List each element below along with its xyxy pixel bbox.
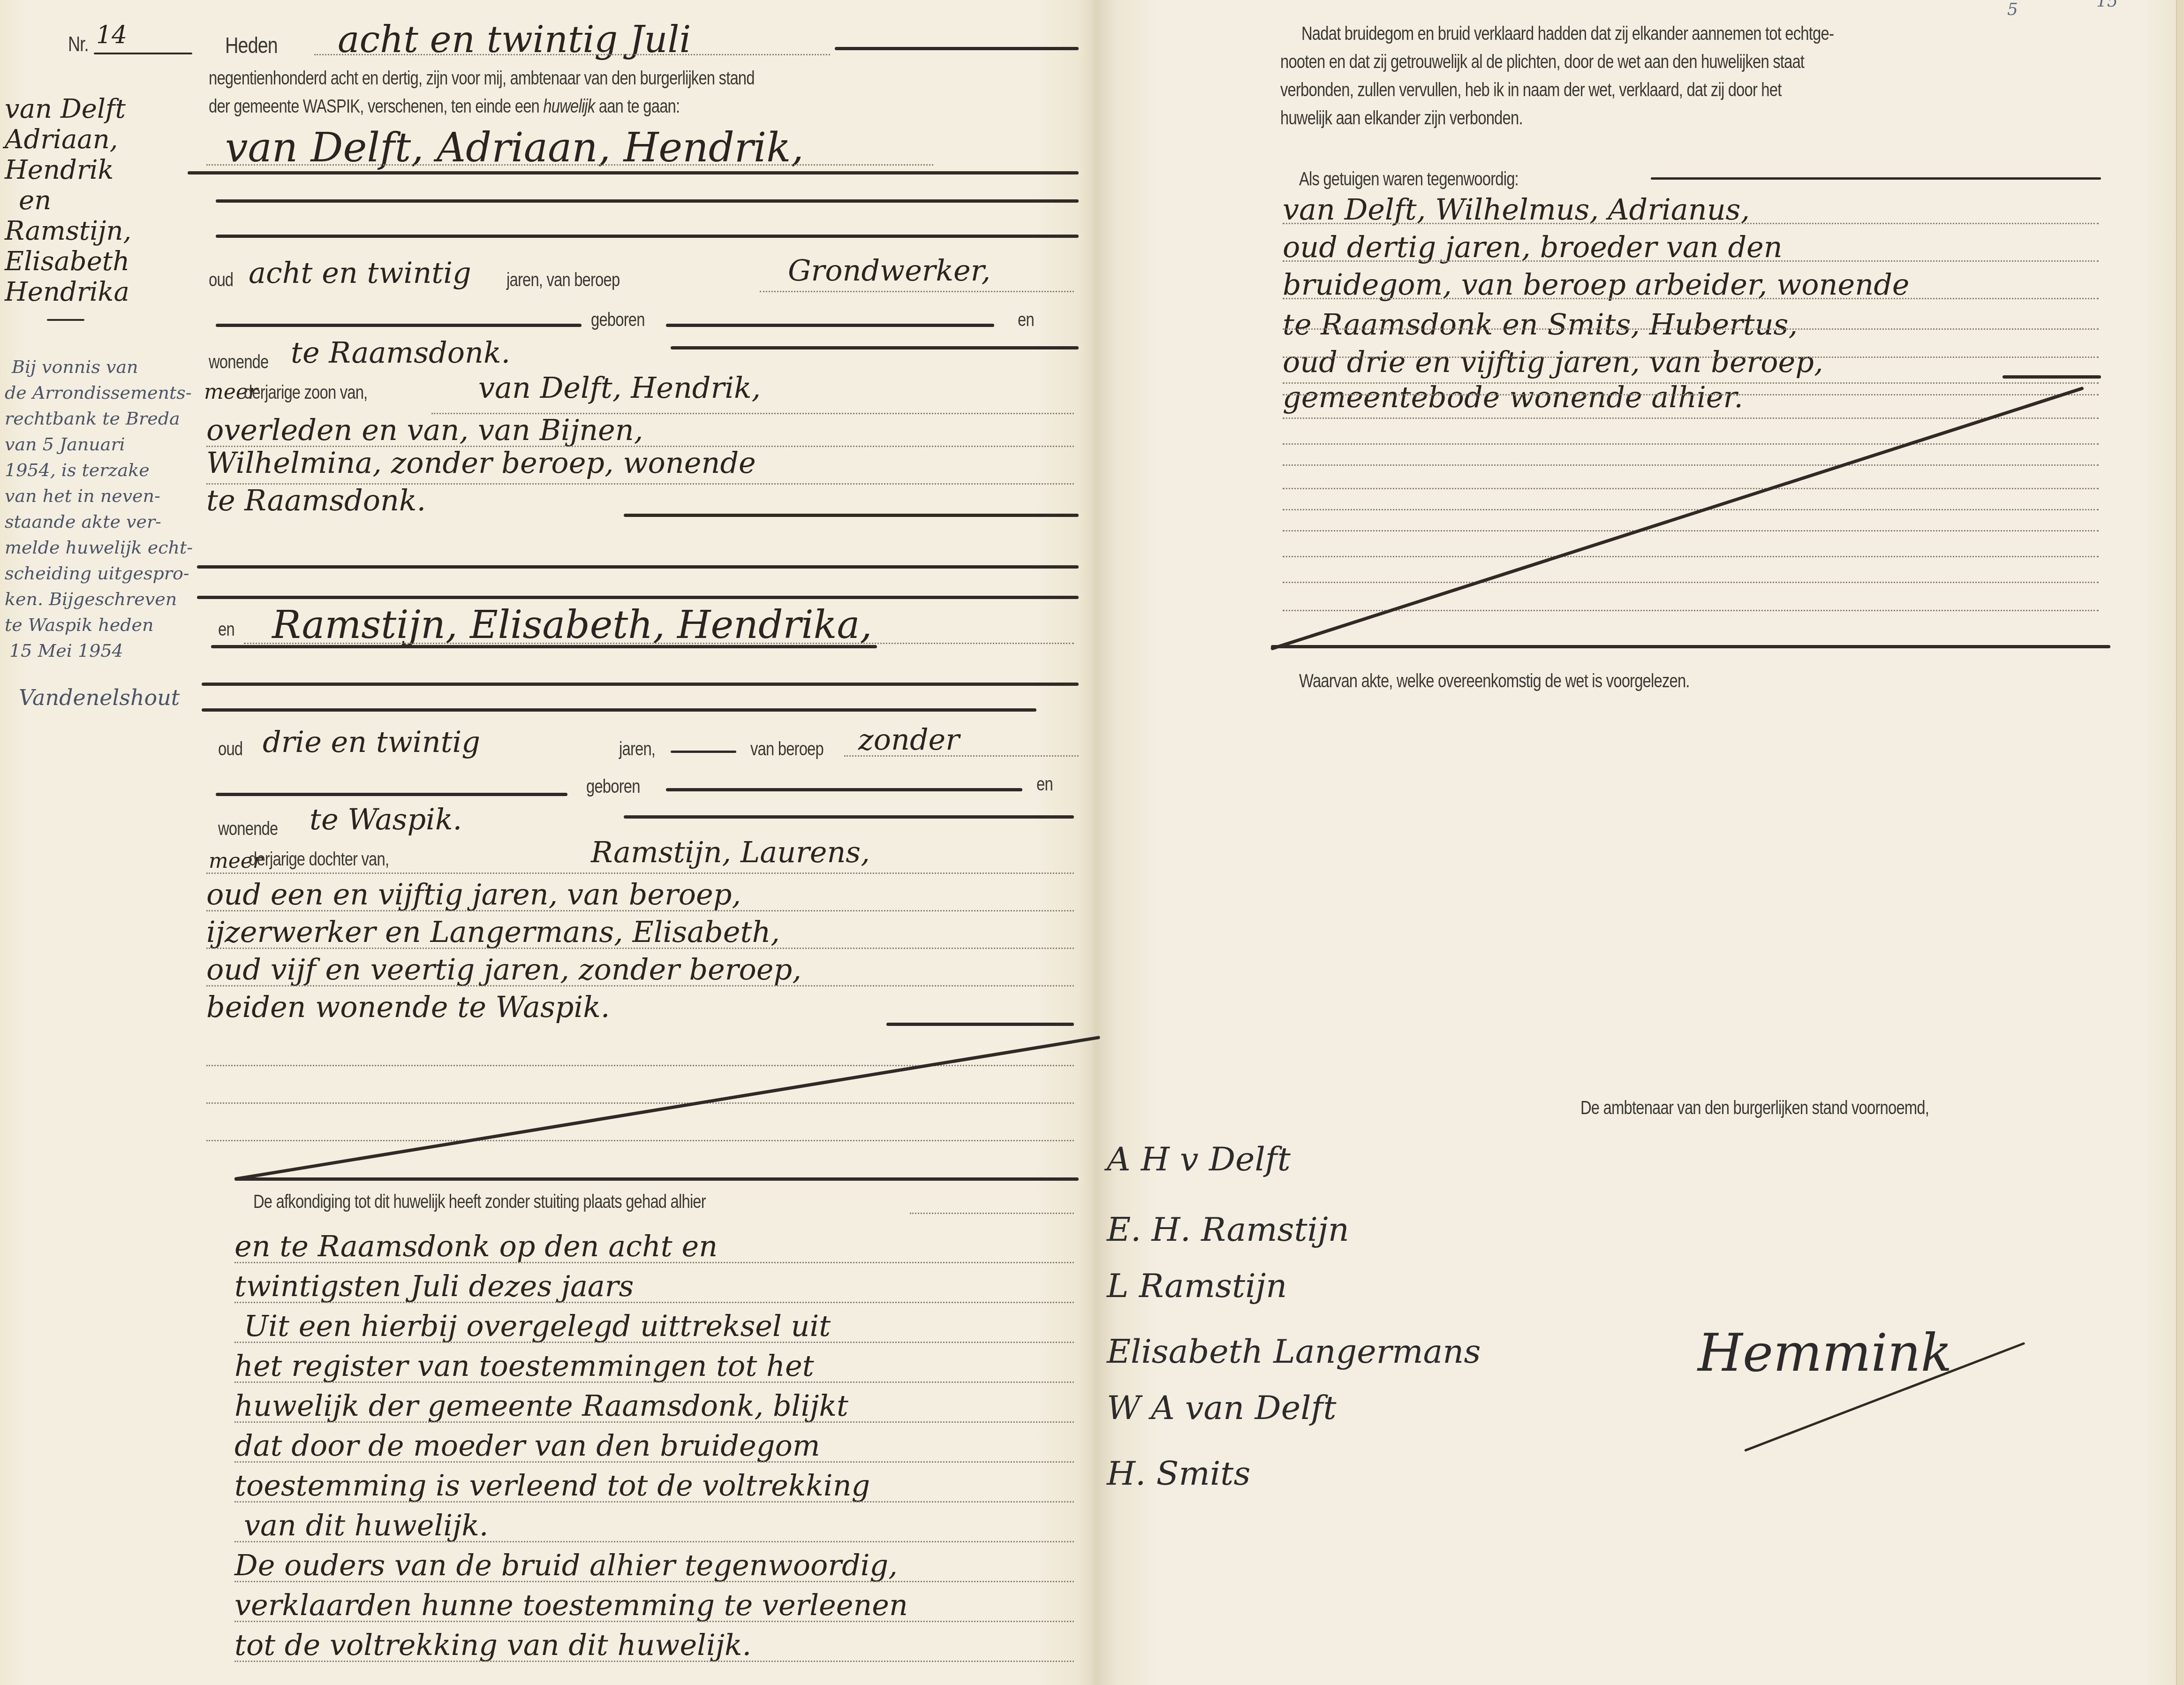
afkondiging-line-10: verklaarden hunne toestemming te verleen…	[234, 1588, 908, 1622]
signature-witness-1: W A van Delft	[1107, 1389, 1337, 1427]
bride-residence: te Waspik.	[310, 802, 462, 836]
margin-name-4: en	[19, 185, 51, 216]
bride-age-label: oud	[218, 739, 242, 760]
groom-age: acht en twintig	[249, 256, 471, 290]
bride-beroep-label: van beroep	[750, 739, 824, 760]
groom-occupation: Grondwerker,	[788, 253, 990, 288]
groom-parent-line-4: te Raamsdonk.	[206, 483, 426, 517]
margin-name-2: Adriaan,	[5, 124, 118, 155]
margin-note-line-4: van 5 Januari	[5, 434, 125, 455]
margin-name-1: van Delft	[5, 94, 126, 124]
margin-note-line-1: Bij vonnis van	[12, 357, 138, 377]
margin-registrar-signature: Vandenelshout	[19, 685, 180, 710]
groom-en-label: en	[1018, 310, 1034, 331]
afkondiging-line-1: en te Raamsdonk op den acht en	[234, 1229, 718, 1263]
waarvan-akte-text: Waarvan akte, welke overeenkomstig de we…	[1299, 671, 1690, 692]
afkondiging-label: De afkondiging tot dit huwelijk heeft zo…	[253, 1192, 706, 1213]
margin-name-3: Hendrik	[5, 155, 114, 185]
witness-line-2: oud dertig jaren, broeder van den	[1283, 230, 1783, 264]
witness-line-3: bruidegom, van beroep arbeider, wonende	[1283, 267, 1910, 302]
bride-parent-line-1: Ramstijn, Laurens,	[591, 835, 870, 869]
groom-residence: te Raamsdonk.	[291, 335, 510, 370]
bride-parent-line-5: beiden wonende te Waspik.	[206, 990, 610, 1024]
bride-daughter-label: derjarige dochter van,	[249, 849, 389, 870]
bride-born-label: geboren	[586, 776, 640, 797]
bride-occupation: zonder	[858, 722, 960, 757]
bride-age: drie en twintig	[263, 725, 480, 759]
signature-bride: E. H. Ramstijn	[1107, 1210, 1349, 1249]
bride-parent-line-3: ijzerwerker en Langermans, Elisabeth,	[206, 915, 780, 949]
afkondiging-line-7: toestemming is verleend tot de voltrekki…	[234, 1468, 870, 1503]
signature-bride-mother: Elisabeth Langermans	[1107, 1332, 1481, 1371]
margin-name-6: Elisabeth	[5, 246, 129, 277]
bride-en-label: en	[218, 619, 234, 640]
witness-line-1: van Delft, Wilhelmus, Adrianus,	[1283, 192, 1750, 227]
groom-parent-line-3: Wilhelmina, zonder beroep, wonende	[206, 446, 756, 480]
heden-label: Heden	[225, 33, 278, 59]
witnesses-label: Als getuigen waren tegenwoordig:	[1299, 169, 1519, 190]
witness-line-5: oud drie en vijftig jaren, van beroep,	[1283, 345, 1823, 379]
margin-note-line-5: 1954, is terzake	[5, 460, 150, 480]
afkondiging-line-2: twintigsten Juli dezes jaars	[234, 1269, 634, 1303]
afkondiging-line-8: van dit huwelijk.	[244, 1508, 489, 1542]
bride-years-label: jaren,	[619, 739, 655, 760]
bride-wonende-label: wonende	[218, 819, 278, 840]
groom-born-label: geboren	[591, 310, 645, 331]
margin-note-line-7: staande akte ver-	[5, 511, 161, 532]
groom-wonende-label: wonende	[209, 352, 268, 373]
corner-page-number: 15	[2096, 0, 2118, 11]
afkondiging-line-4: het register van toestemmingen tot het	[234, 1349, 814, 1383]
groom-age-label: oud	[209, 270, 233, 291]
form-line-2: negentienhonderd acht en dertig, zijn vo…	[209, 68, 755, 89]
groom-years-label: jaren, van beroep	[506, 270, 620, 291]
book-gutter	[1079, 0, 1116, 1685]
margin-note-line-3: rechtbank te Breda	[5, 408, 180, 429]
record-number: 14	[96, 21, 127, 49]
margin-name-5: Ramstijn,	[5, 216, 131, 246]
groom-parent-line-2: overleden en van, van Bijnen,	[206, 413, 643, 447]
official-label: De ambtenaar van den burgerlijken stand …	[1580, 1098, 1929, 1119]
declaration-line-2: nooten en dat zij getrouwelijk al de pli…	[1280, 52, 1804, 73]
page-mark: 5	[2007, 0, 2018, 19]
declaration-line-3: verbonden, zullen vervullen, heb ik in n…	[1280, 80, 1781, 101]
form-line-3: der gemeente WASPIK, verschenen, ten ein…	[209, 96, 680, 117]
afkondiging-line-9: De ouders van de bruid alhier tegenwoord…	[234, 1548, 898, 1582]
signature-witness-2: H. Smits	[1107, 1454, 1250, 1493]
margin-note-line-12: 15 Mei 1954	[9, 640, 123, 661]
bride-parent-line-4: oud vijf en veertig jaren, zonder beroep…	[206, 952, 801, 987]
declaration-line-4: huwelijk aan elkander zijn verbonden.	[1280, 108, 1523, 129]
afkondiging-line-6: dat door de moeder van den bruidegom	[234, 1428, 820, 1463]
margin-name-7: Hendrika	[5, 277, 129, 307]
afkondiging-line-3: Uit een hierbij overgelegd uittreksel ui…	[244, 1309, 831, 1343]
afkondiging-line-11: tot de voltrekking van dit huwelijk.	[234, 1628, 751, 1662]
official-signature: Hemmink	[1698, 1323, 1952, 1383]
margin-note-line-11: te Waspik heden	[5, 615, 154, 635]
signature-bride-father: L Ramstijn	[1107, 1267, 1287, 1305]
bride-parent-line-2: oud een en vijftig jaren, van beroep,	[206, 877, 741, 911]
declaration-line-1: Nadat bruidegom en bruid verklaard hadde…	[1301, 23, 1834, 45]
page-edge	[2176, 0, 2184, 1685]
margin-note-line-6: van het in neven-	[5, 486, 160, 506]
record-number-label: Nr.	[68, 33, 89, 56]
margin-note-line-8: melde huwelijk echt-	[5, 537, 193, 558]
groom-parent-line-1: van Delft, Hendrik,	[478, 371, 761, 405]
bride-name: Ramstijn, Elisabeth, Hendrika,	[272, 603, 872, 647]
witness-line-4: te Raamsdonk en Smits, Hubertus,	[1283, 307, 1798, 342]
bride-en-label-2: en	[1036, 774, 1053, 795]
afkondiging-line-5: huwelijk der gemeente Raamsdonk, blijkt	[234, 1389, 848, 1423]
groom-son-label: derjarige zoon van,	[244, 382, 367, 403]
witness-line-6: gemeentebode wonende alhier.	[1283, 380, 1743, 414]
margin-note-line-10: ken. Bijgeschreven	[5, 589, 177, 609]
signature-groom: A H v Delft	[1107, 1140, 1291, 1178]
margin-note-line-9: scheiding uitgespro-	[5, 563, 189, 584]
margin-note-line-2: de Arrondissements-	[5, 382, 192, 403]
